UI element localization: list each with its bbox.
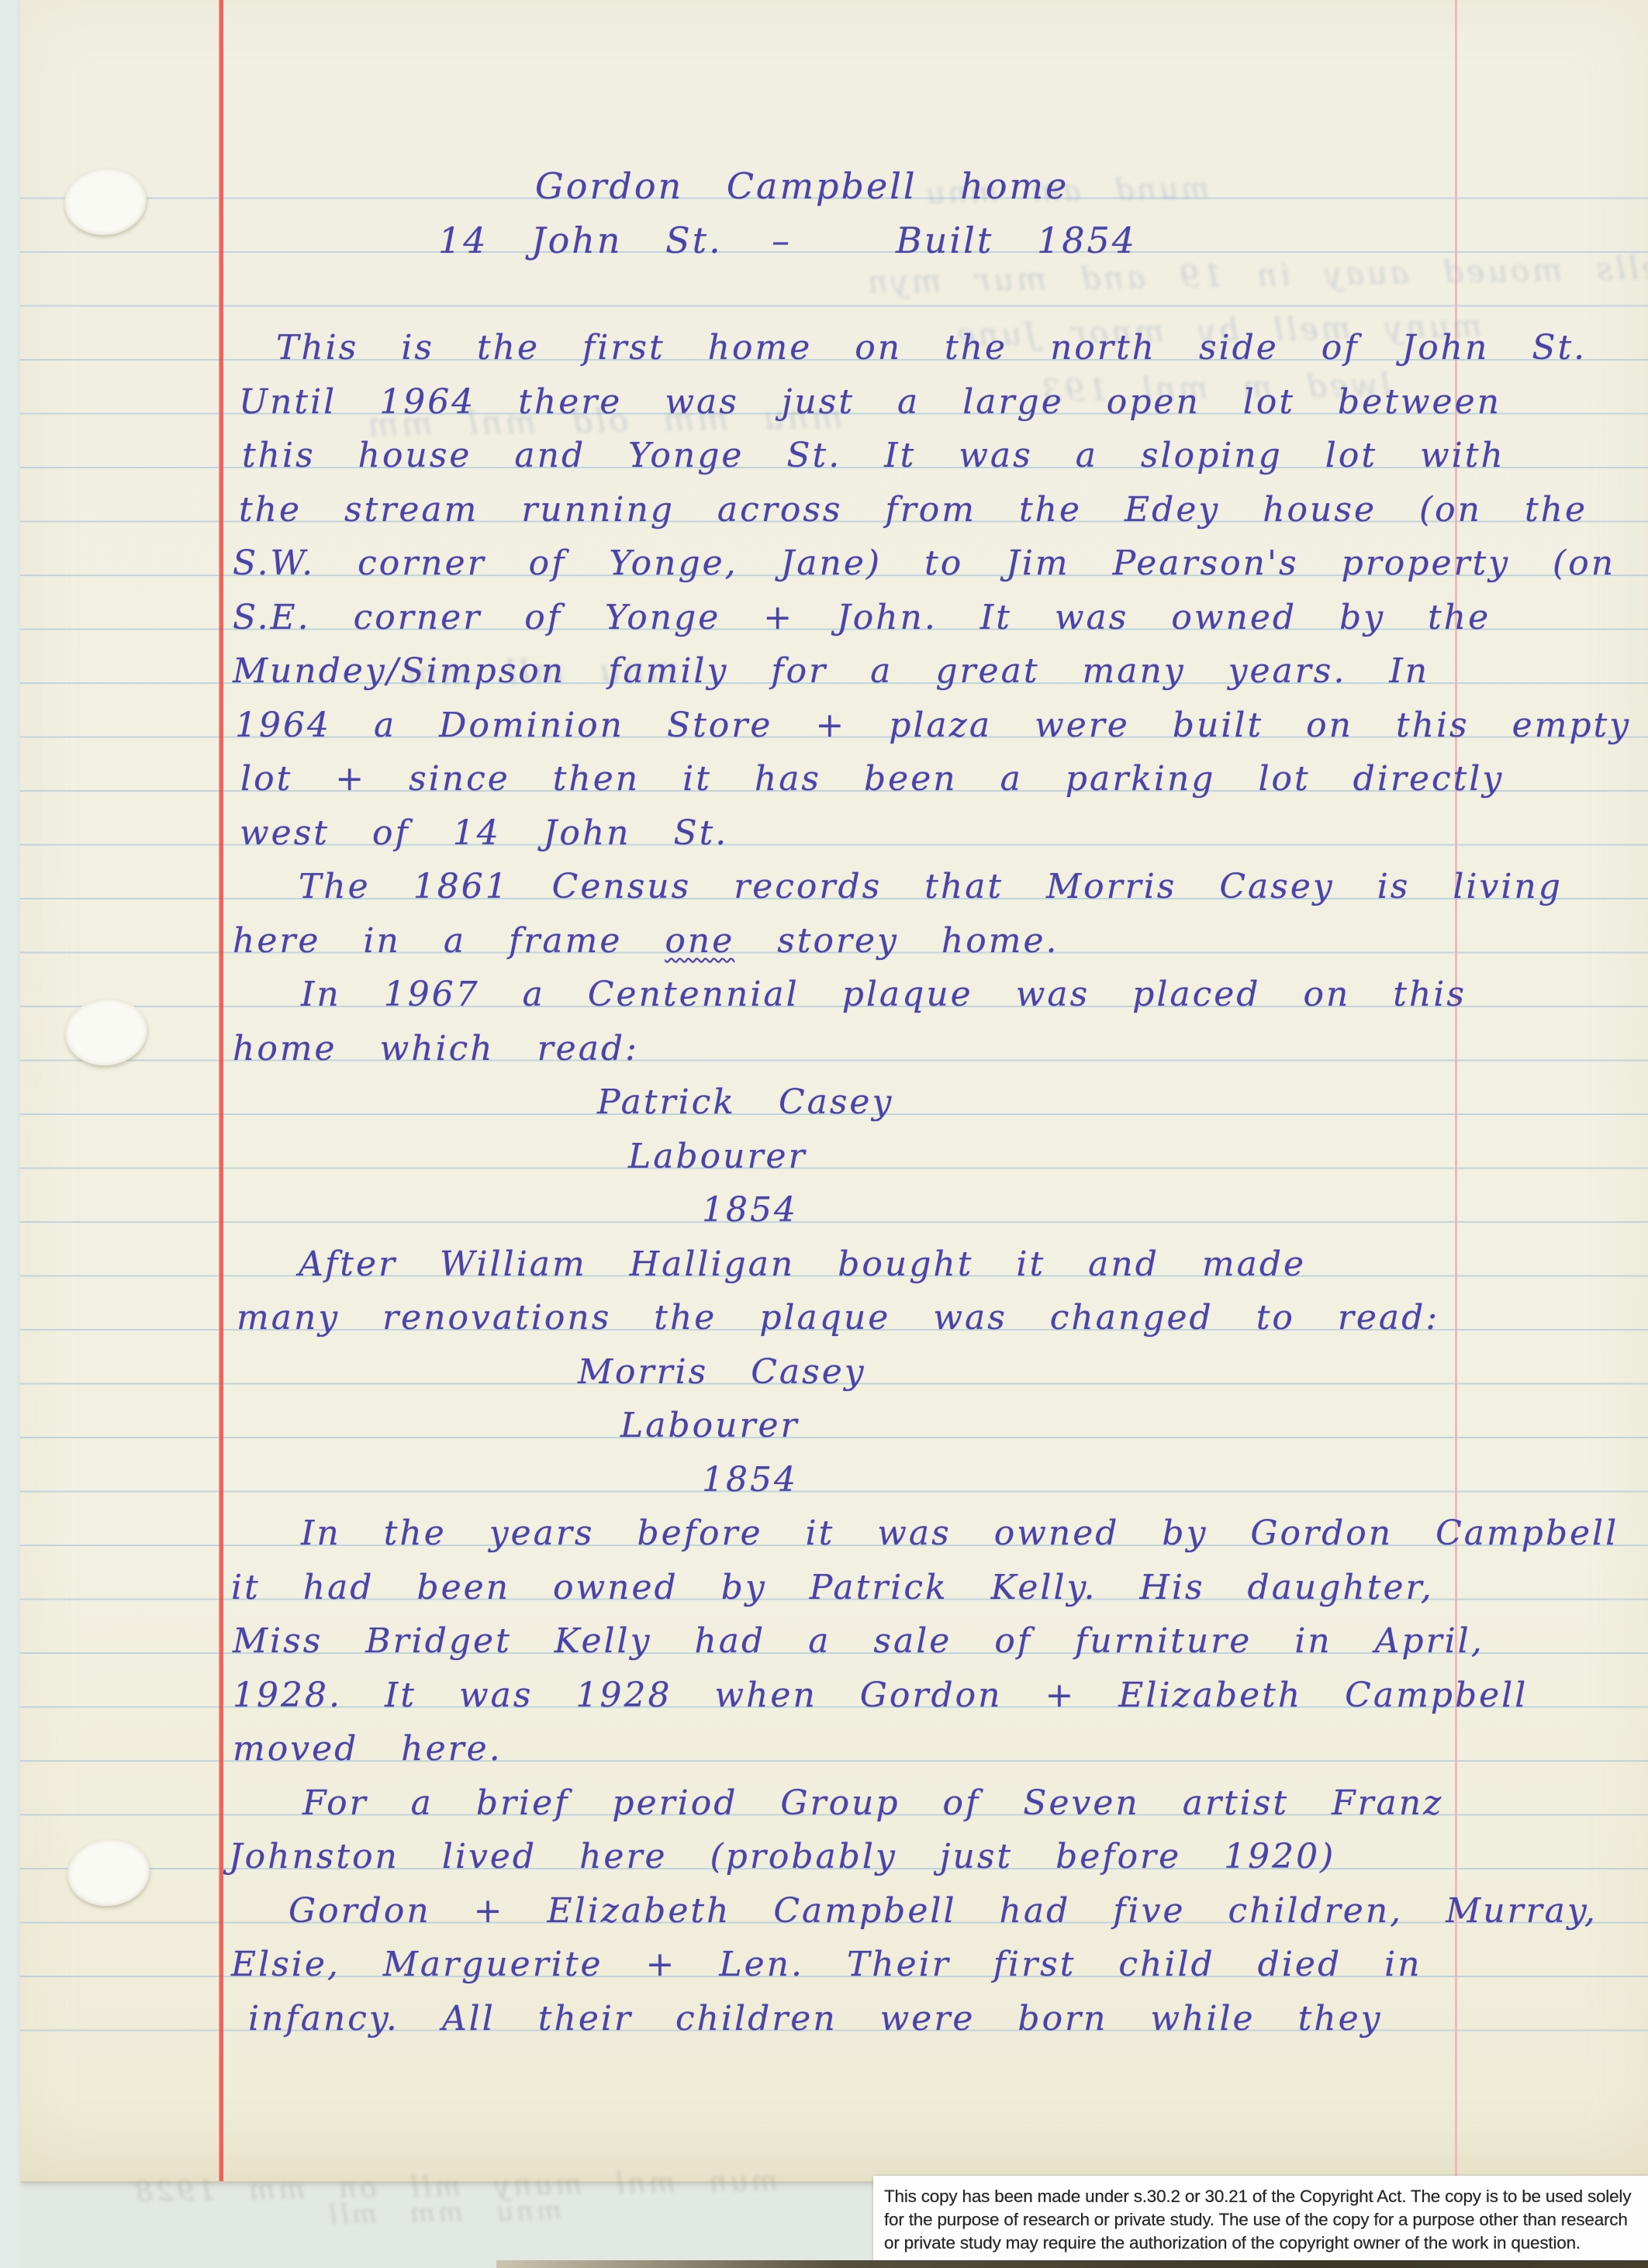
left-margin-line bbox=[219, 0, 223, 2181]
manuscript-line: In the years before it was owned by Gord… bbox=[301, 1514, 1619, 1554]
manuscript-line: moved here. bbox=[233, 1729, 503, 1769]
plaque-1-name: Patrick Casey bbox=[597, 1082, 893, 1123]
manuscript-line: it had been owned by Patrick Kelly. His … bbox=[231, 1568, 1434, 1608]
title-dash: – bbox=[772, 220, 792, 261]
manuscript-line: many renovations the plaque was changed … bbox=[237, 1298, 1439, 1338]
manuscript-line: Elsie, Marguerite + Len. Their first chi… bbox=[231, 1945, 1422, 1985]
manuscript-line: For a brief period Group of Seven artist… bbox=[302, 1783, 1443, 1824]
plaque-1-occupation: Labourer bbox=[628, 1137, 807, 1177]
manuscript-line: the stream running across from the Edey … bbox=[239, 490, 1588, 530]
manuscript-line: Gordon + Elizabeth Campbell had five chi… bbox=[288, 1891, 1598, 1931]
copyright-stamp: This copy has been made under s.30.2 or … bbox=[873, 2176, 1648, 2263]
title-address: 14 John St. bbox=[438, 220, 723, 261]
manuscript-line: S.W. corner of Yonge, Jane) to Jim Pears… bbox=[233, 544, 1648, 584]
manuscript-line: home which read: bbox=[233, 1029, 639, 1069]
plaque-2-name: Morris Casey bbox=[578, 1352, 866, 1393]
scanner-background bbox=[0, 0, 20, 2268]
title-built: Built 1854 bbox=[896, 220, 1137, 261]
manuscript-line: The 1861 Census records that Morris Case… bbox=[299, 867, 1563, 907]
copyright-stamp-line: or private study may require the authori… bbox=[884, 2232, 1640, 2255]
manuscript-line: Johnston lived here (probably just befor… bbox=[229, 1837, 1335, 1877]
manuscript-line: here in a frame one storey home. bbox=[233, 921, 1059, 961]
manuscript-line: infancy. All their children were born wh… bbox=[248, 1999, 1383, 2039]
copyright-stamp-line: for the purpose of research or private s… bbox=[884, 2208, 1640, 2232]
line-segment: storey home. bbox=[734, 921, 1059, 961]
manuscript-line: This is the first home on the north side… bbox=[276, 328, 1587, 368]
manuscript-line: S.E. corner of Yonge + John. It was owne… bbox=[233, 598, 1491, 638]
copyright-stamp-line: This copy has been made under s.30.2 or … bbox=[884, 2185, 1640, 2208]
manuscript-line: In 1967 a Centennial plaque was placed o… bbox=[301, 975, 1467, 1015]
manuscript-line: Miss Bridget Kelly had a sale of furnitu… bbox=[233, 1621, 1484, 1662]
scanned-page: mund am mnuThe Campbells moued auay in 1… bbox=[0, 0, 1648, 2268]
manuscript-line: 1964 a Dominion Store + plaza were built… bbox=[235, 706, 1631, 746]
plaque-2-year: 1854 bbox=[702, 1460, 798, 1500]
manuscript-line: lot + since then it has been a parking l… bbox=[240, 759, 1504, 799]
manuscript-line: After William Halligan bought it and mad… bbox=[299, 1244, 1306, 1285]
manuscript-line: west of 14 John St. bbox=[240, 813, 728, 854]
illegible-ghost-writing: mnu mm mll bbox=[326, 2195, 562, 2230]
manuscript-line: 1928. It was 1928 when Gordon + Elizabet… bbox=[233, 1676, 1528, 1716]
manuscript-line: this house and Yonge St. It was a slopin… bbox=[242, 436, 1505, 476]
manuscript-line: Until 1964 there was just a large open l… bbox=[239, 382, 1501, 423]
plaque-2-occupation: Labourer bbox=[620, 1406, 800, 1446]
underlined-word: one bbox=[665, 921, 734, 961]
plaque-1-year: 1854 bbox=[702, 1190, 798, 1231]
scan-edge-strip bbox=[496, 2260, 1648, 2268]
line-segment: here in a frame bbox=[233, 921, 665, 961]
title-line-1: Gordon Campbell home bbox=[535, 166, 1069, 206]
manuscript-line: Mundey/Simpson family for a great many y… bbox=[233, 651, 1429, 692]
